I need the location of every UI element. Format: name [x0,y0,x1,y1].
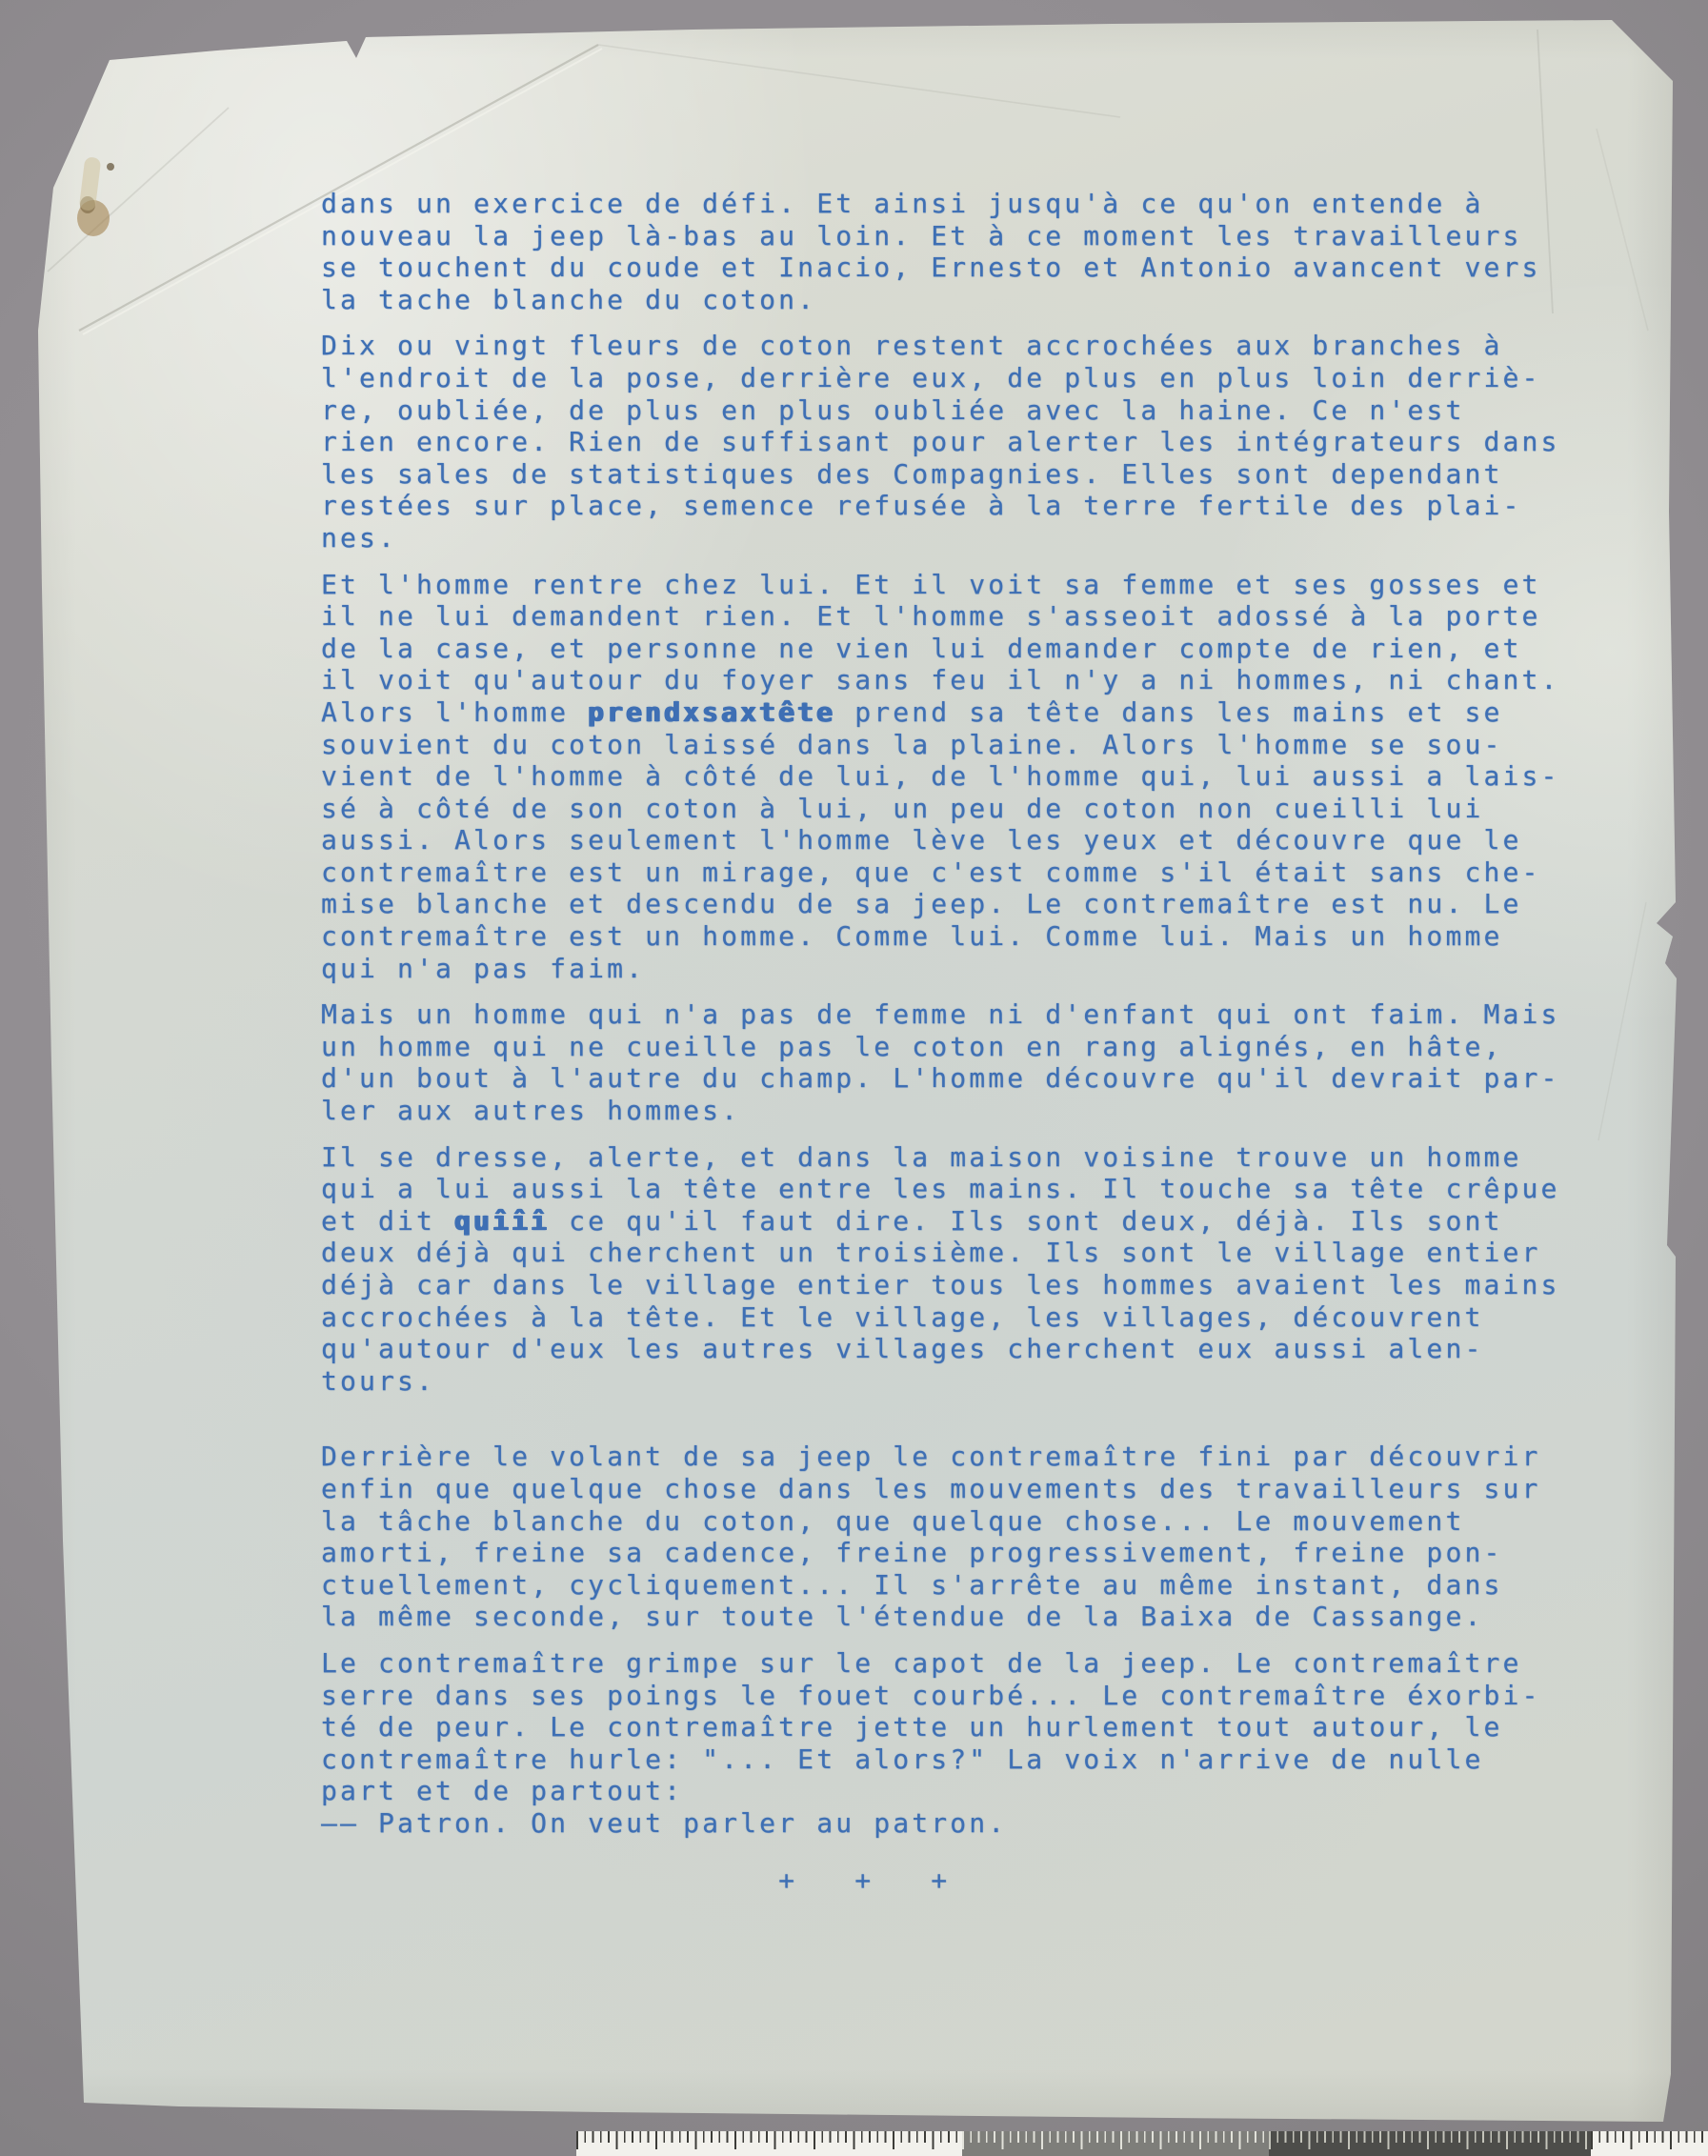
typed-line: sé à côté de son coton à lui, un peu de … [321,793,1636,825]
typed-line: se touchent du coude et Inacio, Ernesto … [321,252,1636,284]
typed-line: serre dans ses poings le fouet courbé...… [321,1680,1636,1712]
typed-line: Derrière le volant de sa jeep le contrem… [321,1441,1636,1473]
typed-line: part et de partout: [321,1775,1636,1807]
typed-line: mise blanche et descendu de sa jeep. Le … [321,888,1636,920]
typed-line: Alors l'homme prendxsaxtête prend sa têt… [321,696,1636,729]
typed-line: souvient du coton laissé dans la plaine.… [321,729,1636,761]
typed-line: enfin que quelque chose dans les mouveme… [321,1473,1636,1505]
scanned-document-photo: dans un exercice de défi. Et ainsi jusqu… [0,0,1708,2156]
typewritten-page: dans un exercice de défi. Et ainsi jusqu… [27,16,1677,2132]
typed-line: de la case, et personne ne vien lui dema… [321,633,1636,665]
typed-line: la tache blanche du coton. [321,284,1636,316]
paragraph: Dix ou vingt fleurs de coton restent acc… [321,330,1636,554]
typed-line: Il se dresse, alerte, et dans la maison … [321,1141,1636,1174]
typed-line: un homme qui ne cueille pas le coton en … [321,1031,1636,1063]
stain-mark [80,196,95,213]
typed-text: dans un exercice de défi. Et ainsi jusqu… [321,188,1636,1910]
typed-line: amorti, freine sa cadence, freine progre… [321,1537,1636,1569]
typed-line: + + + [321,1864,1636,1897]
typed-line: contremaître est un mirage, que c'est co… [321,856,1636,889]
typed-line: Et l'homme rentre chez lui. Et il voit s… [321,569,1636,601]
typed-line: Dix ou vingt fleurs de coton restent acc… [321,330,1636,362]
typed-line: les sales de statistiques des Compagnies… [321,458,1636,491]
typed-line: restées sur place, semence refusée à la … [321,490,1636,522]
typed-line: aussi. Alors seulement l'homme lève les … [321,824,1636,856]
typed-line: re, oubliée, de plus en plus oubliée ave… [321,394,1636,427]
typed-line: la tâche blanche du coton, que quelque c… [321,1505,1636,1538]
scale-ruler [576,2131,1708,2156]
typed-line: té de peur. Le contremaître jette un hur… [321,1711,1636,1743]
paragraph: Mais un homme qui n'a pas de femme ni d'… [321,998,1636,1126]
stain-mark [77,200,110,236]
ruler-segment-light [576,2131,962,2156]
typed-line: qui n'a pas faim. [321,953,1636,985]
plus-separator: + + + [321,1864,1636,1897]
typed-line: ler aux autres hommes. [321,1095,1636,1127]
stain-speck [107,163,114,171]
typed-line: accrochées à la tête. Et le village, les… [321,1301,1636,1334]
typed-line: Le contremaître grimpe sur le capot de l… [321,1647,1636,1680]
typed-line: nes. [321,522,1636,554]
typed-line: rien encore. Rien de suffisant pour aler… [321,426,1636,458]
ruler-segment-light [1591,2131,1708,2156]
paragraph: Il se dresse, alerte, et dans la maison … [321,1141,1636,1398]
stain-streak [79,156,102,212]
typed-line: dans un exercice de défi. Et ainsi jusqu… [321,188,1636,220]
overstruck-text: quîîî [454,1205,550,1237]
typed-line: deux déjà qui cherchent un troisième. Il… [321,1237,1636,1269]
paragraph: Derrière le volant de sa jeep le contrem… [321,1441,1636,1633]
typed-line: et dit quîîî ce qu'il faut dire. Ils son… [321,1205,1636,1238]
typed-line: Mais un homme qui n'a pas de femme ni d'… [321,998,1636,1031]
typed-line: déjà car dans le village entier tous les… [321,1269,1636,1301]
typed-line: qu'autour d'eux les autres villages cher… [321,1333,1636,1365]
typed-line: ctuellement, cycliquement... Il s'arrête… [321,1569,1636,1602]
crease-line [598,45,1120,117]
paragraph: dans un exercice de défi. Et ainsi jusqu… [321,188,1636,315]
typed-line: vient de l'homme à côté de lui, de l'hom… [321,760,1636,793]
paragraph: Le contremaître grimpe sur le capot de l… [321,1647,1636,1840]
crease-line [48,108,229,272]
ruler-segment-dark [1269,2131,1591,2156]
typed-line: nouveau la jeep là-bas au loin. Et à ce … [321,220,1636,252]
typed-line: l'endroit de la pose, derrière eux, de p… [321,362,1636,394]
paragraph: Et l'homme rentre chez lui. Et il voit s… [321,569,1636,985]
typed-line: contremaître est un homme. Comme lui. Co… [321,920,1636,953]
typed-line: —— Patron. On veut parler au patron. [321,1807,1636,1840]
typed-line: il voit qu'autour du foyer sans feu il n… [321,664,1636,696]
typed-line: il ne lui demandent rien. Et l'homme s'a… [321,600,1636,633]
typed-line: contremaître hurle: "... Et alors?" La v… [321,1743,1636,1776]
overstruck-text: prendxsaxtête [588,696,835,728]
typed-line: d'un bout à l'autre du champ. L'homme dé… [321,1062,1636,1095]
typed-line: la même seconde, sur toute l'étendue de … [321,1601,1636,1633]
ruler-segment-mid [962,2131,1269,2156]
typed-line: tours. [321,1365,1636,1398]
typed-line: qui a lui aussi la tête entre les mains.… [321,1173,1636,1205]
